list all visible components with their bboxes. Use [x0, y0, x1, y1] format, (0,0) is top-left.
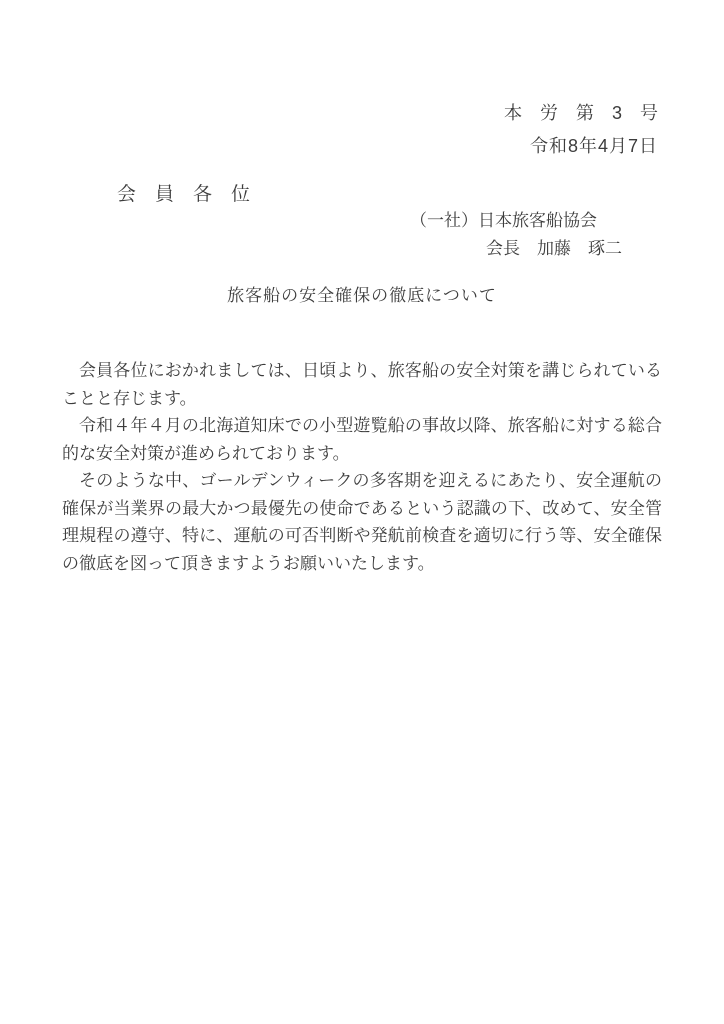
document-title: 旅客船の安全確保の徹底について — [0, 284, 724, 307]
document-date: 令和8年4月7日 — [530, 134, 658, 158]
body-paragraph: そのような中、ゴールデンウィークの多客期を迎えるにあたり、安全運航の確保が当業界… — [62, 467, 662, 577]
document-body: 会員各位におかれましては、日頃より、旅客船の安全対策を講じられていることと存じま… — [62, 357, 662, 577]
recipient-line: 会 員 各 位 — [117, 183, 250, 207]
sender-organization: （一社）日本旅客船協会 — [410, 209, 597, 232]
body-paragraph: 会員各位におかれましては、日頃より、旅客船の安全対策を講じられていることと存じま… — [62, 357, 662, 412]
sender-representative: 会長 加藤 琢二 — [486, 237, 622, 260]
document-page: 本 労 第 3 号 令和8年4月7日 会 員 各 位 （一社）日本旅客船協会 会… — [0, 0, 724, 1024]
document-number: 本 労 第 3 号 — [504, 101, 658, 125]
body-paragraph: 令和４年４月の北海道知床での小型遊覧船の事故以降、旅客船に対する総合的な安全対策… — [62, 412, 662, 467]
